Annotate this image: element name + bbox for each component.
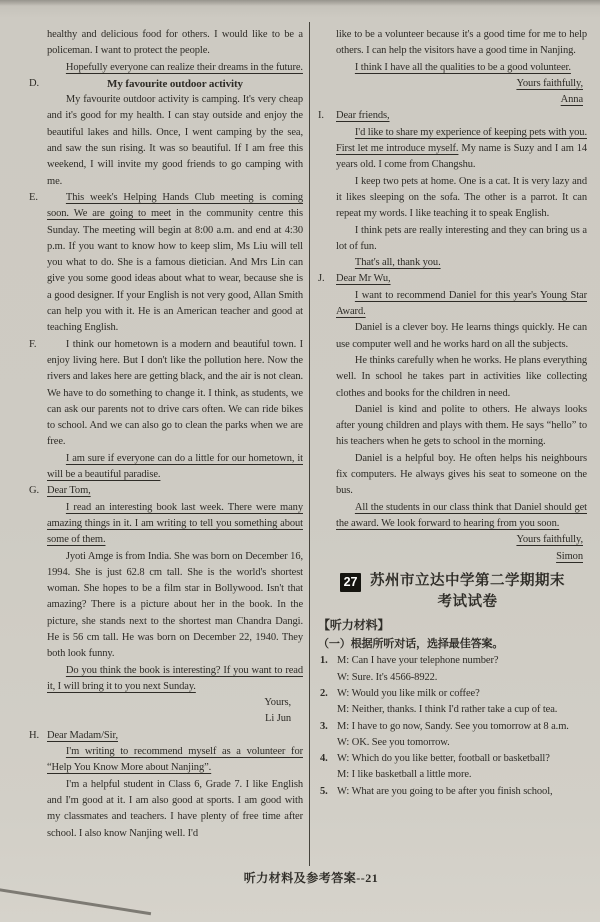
dialogue-3-line1: M: I have to go now, Sandy. See you tomo… xyxy=(337,719,587,735)
passage-d-label: D. xyxy=(29,76,39,92)
anna-sign-name-text: Anna xyxy=(561,94,583,105)
passage-h: H. Dear Madam/Sir, I'm writing to recomm… xyxy=(47,728,303,842)
passage-h-salutation-text: Dear Madam/Sir, xyxy=(47,730,118,741)
dialogue-item-3: 3. M: I have to go now, Sandy. See you t… xyxy=(320,719,587,752)
passage-i-p2: I keep two pets at home. One is a cat. I… xyxy=(336,174,587,223)
dialogue-item-1: 1. M: Can I have your telephone number? … xyxy=(320,653,587,686)
passage-f-label: F. xyxy=(29,337,36,353)
page-corner-edge xyxy=(0,886,151,915)
dialogue-2-line2: M: Neither, thanks. I think I'd rather t… xyxy=(337,702,587,718)
dialogue-2-number: 2. xyxy=(320,686,337,719)
passage-e-body: This week's Helping Hands Club meeting i… xyxy=(47,190,303,337)
continuation-paragraph-right: like to be a volunteer because it's a go… xyxy=(336,27,587,60)
passage-e: E. This week's Helping Hands Club meetin… xyxy=(47,190,303,337)
dialogue-1-line2: W: Sure. It's 4566-8922. xyxy=(337,670,587,686)
simon-sign-yours: Yours faithfully, xyxy=(336,532,587,548)
passage-d-title: My favourite outdoor activity xyxy=(47,76,303,92)
simon-sign-yours-text: Yours faithfully, xyxy=(516,534,583,545)
passage-g-sign-yours: Yours, xyxy=(47,695,303,711)
dialogue-3-number: 3. xyxy=(320,719,337,752)
passage-g-salutation-text: Dear Tom, xyxy=(47,485,91,496)
passage-i-p3: I think pets are really interesting and … xyxy=(336,223,587,256)
right-column: like to be a volunteer because it's a go… xyxy=(336,27,587,800)
passage-i-closing-underlined: That's all, thank you. xyxy=(336,255,587,271)
dialogue-item-2: 2. W: Would you like milk or coffee? M: … xyxy=(320,686,587,719)
passage-e-rest-part: in the community centre this Sunday. The… xyxy=(47,208,303,333)
passage-i-salutation: Dear friends, xyxy=(336,108,587,124)
passage-g: G. Dear Tom, I read an interesting book … xyxy=(47,483,303,727)
passage-f-closing-underlined: I am sure if everyone can do a little fo… xyxy=(47,451,303,484)
passage-j-opening-underlined: I want to recommend Daniel for this year… xyxy=(336,288,587,321)
passage-i-opening: I'd like to share my experience of keepi… xyxy=(336,125,587,174)
dialogue-4-number: 4. xyxy=(320,751,337,784)
dialogue-item-5: 5. W: What are you going to be after you… xyxy=(320,784,587,800)
passage-j-salutation-text: Dear Mr Wu, xyxy=(336,273,391,284)
passage-d-body: My favourite outdoor activity is camping… xyxy=(47,92,303,190)
passage-h-opening-underlined: I'm writing to recommend myself as a vol… xyxy=(47,744,303,777)
passage-j-p4: Daniel is kind and polite to others. He … xyxy=(336,402,587,451)
scanned-answer-book-page: healthy and delicious food for others. I… xyxy=(0,0,600,922)
passage-f-body: I think our hometown is a modern and bea… xyxy=(47,337,303,451)
continuation-paragraph: healthy and delicious food for others. I… xyxy=(47,27,303,60)
passage-d: D. My favourite outdoor activity My favo… xyxy=(47,76,303,190)
passage-j-label: J. xyxy=(318,271,325,287)
dialogue-item-4: 4. W: Which do you like better, football… xyxy=(320,751,587,784)
passage-g-opening-underlined: I read an interesting book last week. Th… xyxy=(47,500,303,549)
anna-sign-yours-text: Yours faithfully, xyxy=(516,78,583,89)
passage-j: J. Dear Mr Wu, I want to recommend Danie… xyxy=(336,271,587,564)
passage-g-body: Jyoti Amge is from India. She was born o… xyxy=(47,549,303,663)
dialogue-3-line2: W: OK. See you tomorrow. xyxy=(337,735,587,751)
passage-i: I. Dear friends, I'd like to share my ex… xyxy=(336,108,587,271)
dialogue-2-line1: W: Would you like milk or coffee? xyxy=(337,686,587,702)
hope-sentence-underlined: Hopefully everyone can realize their dre… xyxy=(47,60,303,76)
passage-j-p5: Daniel is a helpful boy. He often helps … xyxy=(336,451,587,500)
passage-g-salutation: Dear Tom, xyxy=(47,483,303,499)
simon-sign-name: Simon xyxy=(336,549,587,565)
section-27-title-line2: 考试试卷 xyxy=(370,592,565,613)
section-27-title: 苏州市立达中学第二学期期末 考试试卷 xyxy=(370,571,565,613)
listening-part1-title: （一）根据所听对话，选择最佳答案。 xyxy=(318,636,587,652)
dialogue-4-line2: M: I like basketball a little more. xyxy=(337,767,587,783)
passage-j-p2: Daniel is a clever boy. He learns things… xyxy=(336,320,587,353)
passage-e-label: E. xyxy=(29,190,38,206)
scan-top-shadow xyxy=(0,0,600,6)
anna-sign-yours: Yours faithfully, xyxy=(336,76,587,92)
passage-f: F. I think our hometown is a modern and … xyxy=(47,337,303,484)
passage-i-salutation-text: Dear friends, xyxy=(336,110,390,121)
section-number-badge: 27 xyxy=(340,573,361,592)
listening-material-header: 【听力材料】 xyxy=(318,617,587,633)
passage-g-closing-underlined: Do you think the book is interesting? If… xyxy=(47,663,303,696)
dialogue-5-number: 5. xyxy=(320,784,337,800)
passage-h-body: I'm a helpful student in Class 6, Grade … xyxy=(47,777,303,842)
passage-g-sign-name: Li Jun xyxy=(47,711,303,727)
column-divider-line xyxy=(309,22,310,866)
anna-sign-name: Anna xyxy=(336,92,587,108)
page-footer: 听力材料及参考答案--21 xyxy=(11,869,600,886)
simon-sign-name-text: Simon xyxy=(556,551,583,562)
passage-j-p3: He thinks carefully when he works. He pl… xyxy=(336,353,587,402)
dialogue-1-line1: M: Can I have your telephone number? xyxy=(337,653,587,669)
left-column: healthy and delicious food for others. I… xyxy=(47,27,303,842)
section-27-header: 27 苏州市立达中学第二学期期末 考试试卷 xyxy=(318,571,587,613)
qualities-sentence-underlined: I think I have all the qualities to be a… xyxy=(336,60,587,76)
section-27-title-line1: 苏州市立达中学第二学期期末 xyxy=(370,571,565,592)
passage-h-salutation: Dear Madam/Sir, xyxy=(47,728,303,744)
passage-h-label: H. xyxy=(29,728,39,744)
dialogue-4-line1: W: Which do you like better, football or… xyxy=(337,751,587,767)
passage-j-salutation: Dear Mr Wu, xyxy=(336,271,587,287)
passage-g-label: G. xyxy=(29,483,39,499)
dialogue-1-number: 1. xyxy=(320,653,337,686)
passage-i-label: I. xyxy=(318,108,324,124)
passage-j-closing-underlined: All the students in our class think that… xyxy=(336,500,587,533)
dialogue-5-line1: W: What are you going to be after you fi… xyxy=(337,784,587,800)
